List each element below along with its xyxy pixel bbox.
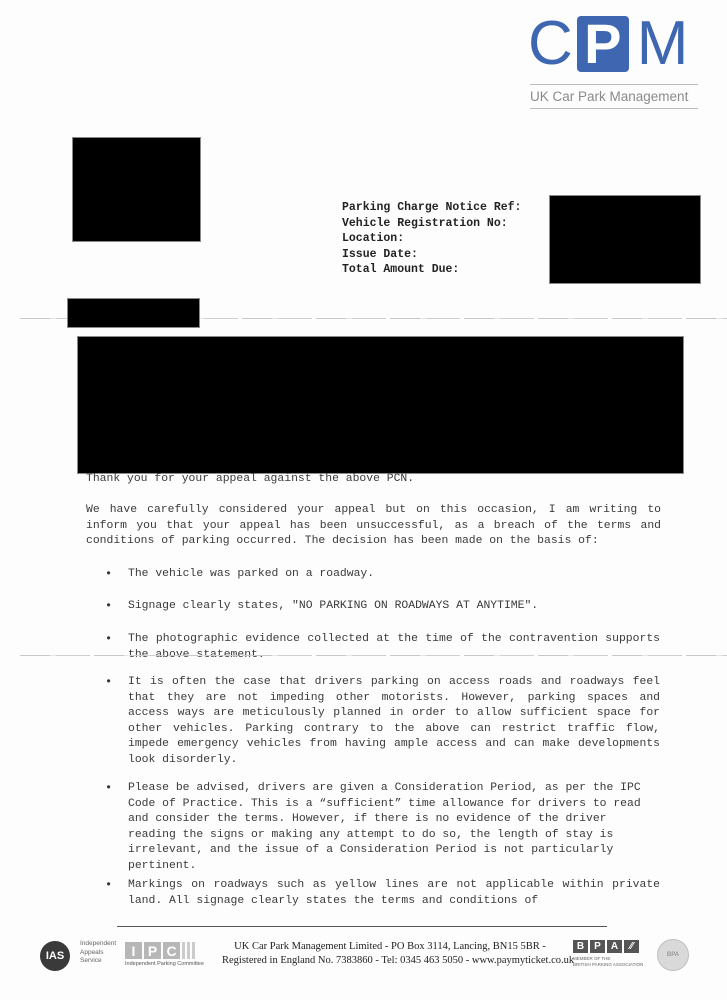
bullet-icon: • bbox=[105, 599, 112, 613]
accreditation-seal-icon: BPA bbox=[657, 939, 689, 971]
bpa-letter: P bbox=[590, 940, 605, 953]
redacted-recipient-address bbox=[73, 138, 200, 241]
redacted-reference-values bbox=[550, 196, 700, 283]
bullet-item: It is often the case that drivers parkin… bbox=[128, 675, 660, 768]
bpa-letter: A bbox=[607, 940, 622, 953]
ipc-letter: P bbox=[144, 942, 161, 959]
label-issue-date: Issue Date: bbox=[342, 247, 521, 263]
redacted-intro-block bbox=[78, 337, 683, 473]
ias-logo-icon: IAS bbox=[40, 941, 70, 971]
ipc-stripe bbox=[182, 942, 185, 959]
opening-paragraph: Thank you for your appeal against the ab… bbox=[86, 472, 661, 488]
logo-divider-bottom bbox=[530, 108, 698, 109]
bullet-item: The vehicle was parked on a roadway. bbox=[128, 567, 660, 583]
ipc-logo: I P C Independent Parking Committee bbox=[125, 942, 204, 967]
logo-divider bbox=[530, 84, 698, 85]
ias-line: Appeals bbox=[80, 949, 116, 958]
footer-divider bbox=[117, 926, 607, 927]
logo-p-box: P bbox=[577, 16, 629, 72]
bullet-item: Markings on roadways such as yellow line… bbox=[128, 878, 660, 909]
logo-letter-c: C bbox=[528, 14, 573, 74]
label-vehicle-registration: Vehicle Registration No: bbox=[342, 216, 521, 232]
logo-letter-p: P bbox=[584, 16, 621, 72]
bullet-icon: • bbox=[105, 781, 112, 795]
reference-block: Parking Charge Notice Ref: Vehicle Regis… bbox=[342, 200, 521, 278]
logo-letter-m: M bbox=[637, 14, 689, 74]
label-location: Location: bbox=[342, 231, 521, 247]
bpa-letter: B bbox=[573, 940, 588, 953]
ipc-stripe bbox=[187, 942, 190, 959]
bullet-icon: • bbox=[105, 878, 112, 892]
ias-logo-text: Independent Appeals Service bbox=[80, 940, 116, 966]
bullet-icon: • bbox=[105, 632, 112, 646]
redacted-recipient-name bbox=[68, 299, 199, 327]
cpm-logo: C P M UK Car Park Management bbox=[528, 14, 700, 109]
bullet-item: The photographic evidence collected at t… bbox=[128, 632, 660, 663]
bullet-item: Signage clearly states, "NO PARKING ON R… bbox=[128, 599, 660, 615]
bullet-icon: • bbox=[105, 567, 112, 581]
bullet-item: Please be advised, drivers are given a C… bbox=[128, 781, 660, 874]
paper-fold-line bbox=[20, 655, 727, 656]
ipc-letter: C bbox=[163, 942, 180, 959]
bpa-swoosh-icon: ⁄⁄ bbox=[624, 940, 639, 953]
ipc-subtitle: Independent Parking Committee bbox=[125, 961, 204, 967]
bpa-subtitle: MEMBER OF THE BRITISH PARKING ASSOCIATIO… bbox=[573, 956, 643, 967]
ias-line: Service bbox=[80, 957, 116, 966]
decision-paragraph: We have carefully considered your appeal… bbox=[86, 503, 661, 550]
company-address: UK Car Park Management Limited - PO Box … bbox=[222, 940, 558, 968]
ias-line: Independent bbox=[80, 940, 116, 949]
ipc-stripe bbox=[192, 942, 195, 959]
bullet-icon: • bbox=[105, 675, 112, 689]
logo-subtitle: UK Car Park Management bbox=[530, 89, 700, 104]
ipc-letter: I bbox=[125, 942, 142, 959]
label-pcn-ref: Parking Charge Notice Ref: bbox=[342, 200, 521, 216]
label-total-amount-due: Total Amount Due: bbox=[342, 262, 521, 278]
bpa-subtitle-line: BRITISH PARKING ASSOCIATION bbox=[573, 962, 643, 968]
address-line-2: Registered in England No. 7383860 - Tel:… bbox=[222, 954, 558, 968]
address-line-1: UK Car Park Management Limited - PO Box … bbox=[222, 940, 558, 954]
bpa-logo: B P A ⁄⁄ MEMBER OF THE BRITISH PARKING A… bbox=[573, 940, 643, 967]
